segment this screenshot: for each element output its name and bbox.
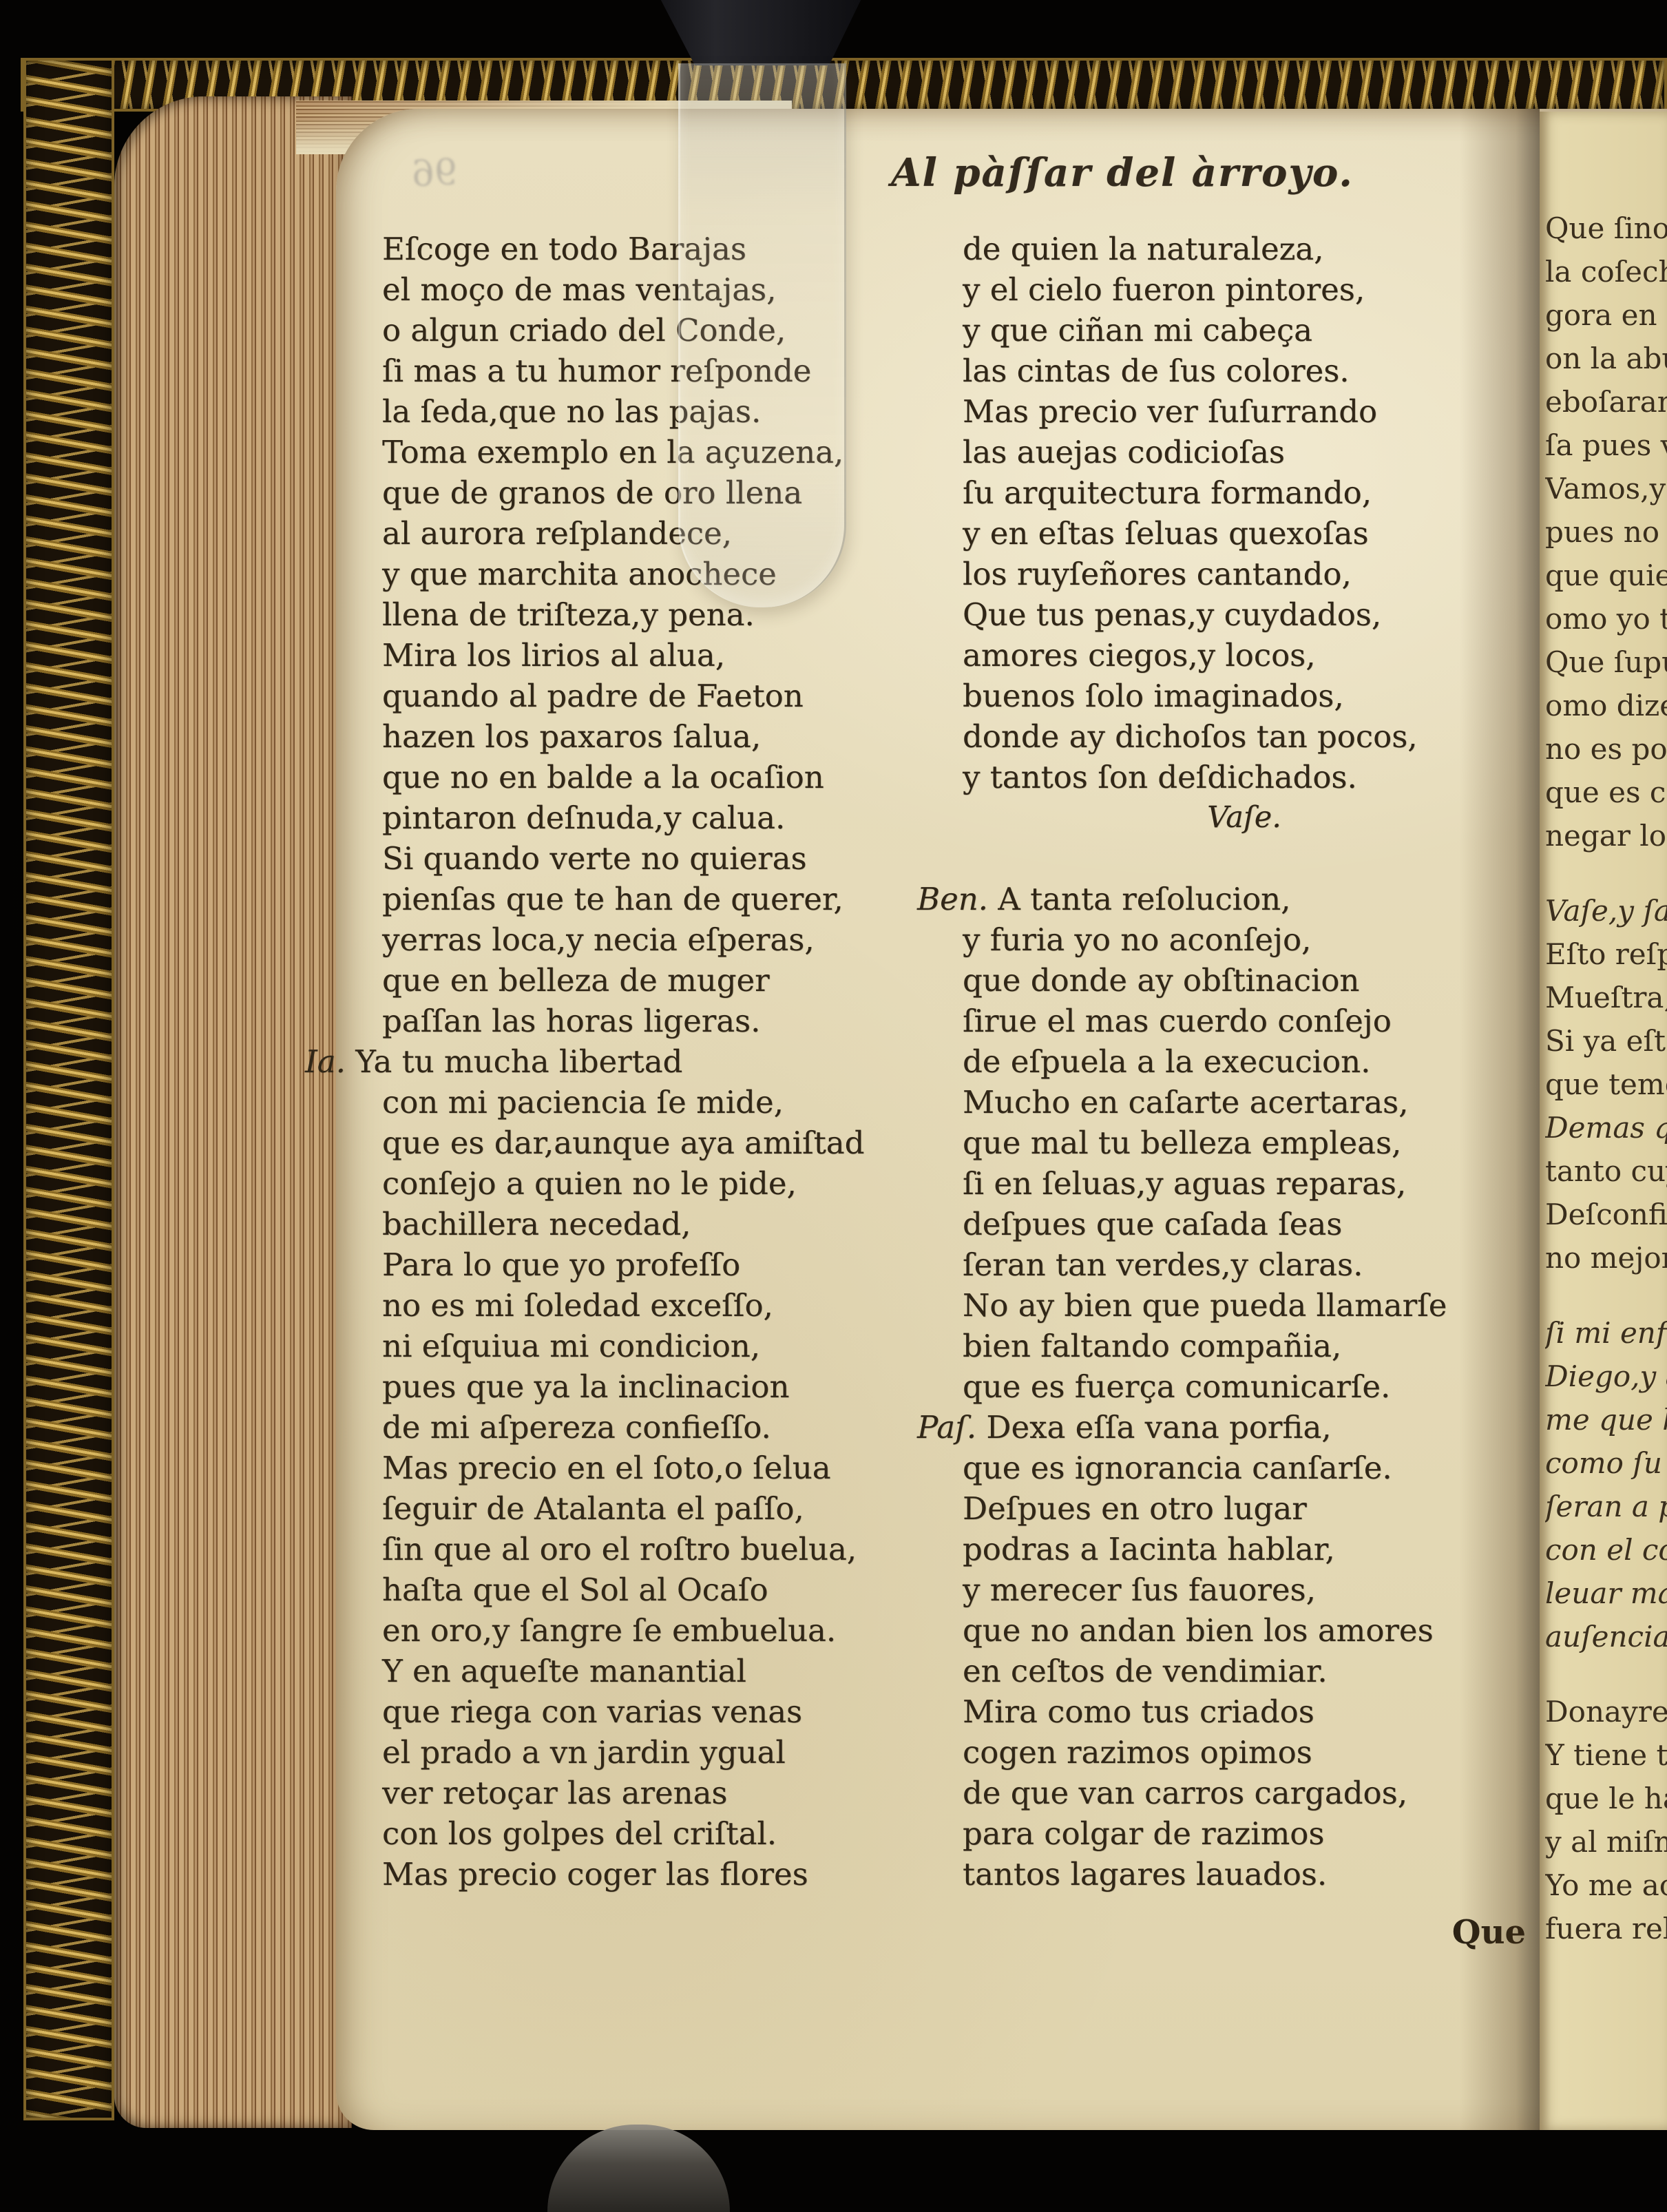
verse-text: paſſan las horas ligeras. [382, 1003, 760, 1039]
verse-line: Y en aqueſte manantial [382, 1651, 926, 1691]
facing-leaf-line: la coſecha deſt [1545, 250, 1667, 293]
facing-leaf-line: Que ſupueſto q [1545, 640, 1667, 684]
speaker-label: Ben. [917, 881, 998, 917]
facing-leaf-line: Yo me acuerd [1545, 1864, 1667, 1907]
verse-line: que donde ay obſtinacion [963, 960, 1526, 1001]
verse-text: con mi paciencia ſe mide, [382, 1084, 784, 1120]
verse-text: No ay bien que pueda llamarſe [963, 1287, 1447, 1324]
verse-line: llena de triſteza,y pena. [382, 594, 926, 635]
verse-text: Si quando verte no quieras [382, 840, 807, 877]
verse-text: deſpues que caſada ſeas [963, 1206, 1342, 1242]
facing-leaf-line: Diego,y aſsi me p [1545, 1355, 1667, 1398]
verse-text: tantos lagares lauados. [963, 1856, 1327, 1892]
facing-leaf-line: que temes que v [1545, 1063, 1667, 1106]
verse-line: y merecer ſus fauores, [963, 1569, 1526, 1610]
verse-line: en oro,y ſangre ſe embuelua. [382, 1610, 926, 1651]
page-clamp-top-strap [678, 63, 846, 607]
verse-text: de quien la naturaleza, [963, 231, 1323, 267]
verse-line: de que van carros cargados, [963, 1773, 1526, 1813]
page-clamp-top-head [647, 0, 874, 65]
verse-line: conſejo a quien no le pide, [382, 1163, 926, 1204]
facing-leaf-line: Que ſino fue c [1545, 207, 1667, 250]
facing-leaf-line-text: Diego,y aſsi me p [1545, 1359, 1667, 1393]
facing-leaf-line-text: Eſto reſponde [1545, 937, 1667, 971]
verse-line: Ia. Ya tu mucha libertad [382, 1041, 926, 1082]
verse-text: haſta que el Sol al Ocaſo [382, 1572, 768, 1608]
verse-line: Mas precio en el ſoto,o ſelua [382, 1448, 926, 1488]
verse-text: que es fuerça comunicarſe. [963, 1368, 1390, 1405]
verse-line: Paſ. Dexa eſſa vana porfia, [963, 1407, 1526, 1448]
facing-leaf-line: gora en toda E [1545, 293, 1667, 337]
verse-text: pues que ya la inclinacion [382, 1368, 789, 1405]
verse-line: de quien la naturaleza, [963, 229, 1526, 269]
page-number-showthrough: 96 [410, 152, 458, 195]
verse-line: y que ciñan mi cabeça [963, 310, 1526, 351]
facing-leaf-line-text: no es poſsible q [1545, 732, 1667, 766]
facing-leaf-line-text: Y tiene tanto d [1545, 1738, 1667, 1772]
verse-text: Mucho en caſarte acertaras, [963, 1084, 1408, 1120]
verse-line: pienſas que te han de querer, [382, 879, 926, 919]
verse-line: que mal tu belleza empleas, [963, 1123, 1526, 1163]
verse-text: ſin que al oro el roſtro buelua, [382, 1531, 857, 1567]
facing-leaf-line-text: Demas que ya ſ [1545, 1111, 1667, 1145]
facing-leaf-line-text: Vamos,y ple [1545, 472, 1667, 505]
verse-text: Mas precio en el ſoto,o ſelua [382, 1450, 831, 1486]
verse-text: de mi aſpereza confieſſo. [382, 1409, 771, 1446]
verse-text: de eſpuela a la execucion. [963, 1043, 1370, 1080]
verse-line: Que tus penas,y cuydados, [963, 594, 1526, 635]
verse-text: Mas precio coger las flores [382, 1856, 808, 1892]
verse-line: y tantos ſon deſdichados. [963, 757, 1526, 797]
facing-leaf-line-text: que temes que v [1545, 1067, 1667, 1101]
verse-line: yerras loca,y necia eſperas, [382, 919, 926, 960]
verse-line: cogen razimos opimos [963, 1732, 1526, 1773]
verse-line: en ceſtos de vendimiar. [963, 1651, 1526, 1691]
facing-leaf-line-text: me que huuier a [1545, 1403, 1667, 1437]
facing-leaf-line-text: con el coche po [1545, 1533, 1667, 1567]
verse-text: con los golpes del criſtal. [382, 1815, 777, 1852]
verse-text: y el cielo fueron pintores, [963, 271, 1365, 308]
verse-text: ver retoçar las arenas [382, 1775, 728, 1811]
verse-text: ſirue el mas cuerdo conſejo [963, 1003, 1392, 1039]
verse-text: pintaron deſnuda,y calua. [382, 800, 785, 836]
verse-text: Mas precio ver ſuſurrando [963, 393, 1377, 430]
verse-text: Mira como tus criados [963, 1693, 1314, 1730]
verse-line: ſi en ſeluas,y aguas reparas, [963, 1163, 1526, 1204]
verse-text: pienſas que te han de querer, [382, 881, 843, 917]
verse-text: en ceſtos de vendimiar. [963, 1653, 1328, 1689]
verse-text: no es mi ſoledad exceſſo, [382, 1287, 773, 1324]
verse-line: ſin que al oro el roſtro buelua, [382, 1529, 926, 1569]
page-fore-edges-left [114, 96, 352, 2128]
verse-line: Si quando verte no quieras [382, 838, 926, 879]
facing-leaf-line-text: Si ya eſtas deſ [1545, 1024, 1667, 1058]
facing-leaf-line: Eſto reſponde [1545, 932, 1667, 976]
verse-line: que es fuerça comunicarſe. [963, 1366, 1526, 1407]
verse-line: no es mi ſoledad exceſſo, [382, 1285, 926, 1326]
verse-line [963, 838, 1526, 879]
verse-line: bachillera necedad, [382, 1204, 926, 1244]
facing-leaf-line-text: que es condicio [1545, 775, 1667, 809]
verse-line: Deſpues en otro lugar [963, 1488, 1526, 1529]
verse-text: ſeran tan verdes,y claras. [963, 1246, 1363, 1283]
facing-leaf-line: como ſu trato e [1545, 1441, 1667, 1485]
facing-leaf-line-text: leuar mas preſe [1545, 1576, 1667, 1610]
verse-line: pintaron deſnuda,y calua. [382, 797, 926, 838]
verse-line: los ruyſeñores cantando, [963, 554, 1526, 594]
verse-text: donde ay dichoſos tan pocos, [963, 718, 1418, 755]
verse-text: A tanta reſolucion, [998, 881, 1290, 917]
facing-leaf-line-text: ſa pues vamos [1545, 428, 1667, 462]
verse-line: Ben. A tanta reſolucion, [963, 879, 1526, 919]
facing-leaf-line: pues no te due [1545, 510, 1667, 554]
verse-line: paſſan las horas ligeras. [382, 1001, 926, 1041]
verse-line: ver retoçar las arenas [382, 1773, 926, 1813]
verse-text: podras a Iacinta hablar, [963, 1531, 1335, 1567]
verse-text: que no en balde a la ocaſion [382, 759, 824, 795]
verse-text: yerras loca,y necia eſperas, [382, 921, 815, 958]
facing-leaf-line-text: tanto cuydado, [1545, 1154, 1667, 1188]
verse-text: bachillera necedad, [382, 1206, 691, 1242]
facing-leaf-line: eboſaran las ti [1545, 380, 1667, 424]
verse-text: Dexa eſſa vana porfia, [986, 1409, 1331, 1446]
facing-leaf-line: no mejoran los [1545, 1236, 1667, 1280]
facing-leaf-line: ſi mi enfermedad h [1545, 1311, 1667, 1355]
verse-line: que no andan bien los amores [963, 1610, 1526, 1651]
verse-line: Para lo que yo profeſſo [382, 1244, 926, 1285]
verse-text: llena de triſteza,y pena. [382, 596, 755, 633]
facing-leaf-line: que quieras cor [1545, 554, 1667, 597]
facing-leaf-line-text: Que ſino fue c [1545, 211, 1667, 245]
verse-text: amores ciegos,y locos, [963, 637, 1316, 674]
facing-leaf-line: omo dizes no [1545, 684, 1667, 727]
facing-leaf-line: me que huuier a [1545, 1398, 1667, 1441]
facing-leaf-line-text: omo yo tengo [1545, 602, 1667, 636]
verse-text: y merecer ſus fauores, [963, 1572, 1316, 1608]
verse-text: Deſpues en otro lugar [963, 1490, 1307, 1527]
verse-text: ſeguir de Atalanta el paſſo, [382, 1490, 804, 1527]
verse-line: No ay bien que pueda llamarſe [963, 1285, 1526, 1326]
verse-text: y tantos ſon deſdichados. [963, 759, 1357, 795]
facing-leaf-line-text: como ſu trato e [1545, 1446, 1667, 1480]
verse-text: que es ignorancia canſarſe. [963, 1450, 1392, 1486]
verse-line: Mas precio coger las flores [382, 1854, 926, 1895]
facing-leaf-line-text: Vaſe,y ſalen Li [1545, 894, 1667, 928]
facing-leaf-line [1545, 1658, 1667, 1690]
facing-leaf-line-text: fuera reliquias [1545, 1912, 1667, 1945]
verse-text: las cintas de ſus colores. [963, 353, 1350, 389]
verse-line: Vaſe. [963, 797, 1526, 838]
verse-line: las auejas codicioſas [963, 432, 1526, 472]
verse-line: donde ay dichoſos tan pocos, [963, 716, 1526, 757]
facing-leaf-line: omo yo tengo [1545, 597, 1667, 640]
gutter-crease-shadow [1460, 109, 1540, 2130]
verse-text: Y en aqueſte manantial [382, 1653, 746, 1689]
verse-text: para colgar de razimos [963, 1815, 1324, 1852]
book-photograph: 96 Al pàſſar del àrroyo. Eſcoge en todo … [0, 0, 1667, 2212]
verse-line: que es ignorancia canſarſe. [963, 1448, 1526, 1488]
facing-leaf-line: y al miſmo due [1545, 1820, 1667, 1864]
verse-text: que mal tu belleza empleas, [963, 1125, 1401, 1161]
speaker-label: Ia. [305, 1043, 355, 1080]
verse-text: buenos ſolo imaginados, [963, 678, 1344, 714]
verse-text: ſi en ſeluas,y aguas reparas, [963, 1165, 1406, 1202]
gilt-binding-border-left [23, 58, 114, 2120]
verse-line: pues que ya la inclinacion [382, 1366, 926, 1407]
facing-leaf-line: Donayre tiene [1545, 1690, 1667, 1733]
verse-text: de que van carros cargados, [963, 1775, 1407, 1811]
verse-line: amores ciegos,y locos, [963, 635, 1526, 676]
verse-line: tantos lagares lauados. [963, 1854, 1526, 1895]
verse-text: ni eſquiua mi condicion, [382, 1328, 760, 1364]
facing-leaf-line: on la abundan [1545, 337, 1667, 380]
facing-leaf-line-text: Yo me acuerd [1545, 1868, 1667, 1902]
verse-text: ſu arquitectura formando, [963, 474, 1372, 511]
verse-text: Mira los lirios al alua, [382, 637, 725, 674]
verse-line: Mas precio ver ſuſurrando [963, 391, 1526, 432]
verse-text: el prado a vn jardin ygual [382, 1734, 786, 1771]
verse-line: ni eſquiua mi condicion, [382, 1326, 926, 1366]
facing-leaf-line-text: on la abundan [1545, 342, 1667, 375]
verse-line: haſta que el Sol al Ocaſo [382, 1569, 926, 1610]
verse-line: con mi paciencia ſe mide, [382, 1082, 926, 1123]
verse-text: los ruyſeñores cantando, [963, 556, 1352, 592]
facing-leaf-line: que es condicio [1545, 771, 1667, 814]
verse-line: de mi aſpereza confieſſo. [382, 1407, 926, 1448]
facing-leaf-line-text: omo dizes no [1545, 689, 1667, 722]
verse-line: y el cielo fueron pintores, [963, 269, 1526, 310]
verse-line: buenos ſolo imaginados, [963, 676, 1526, 716]
facing-leaf-line-text: y al miſmo due [1545, 1825, 1667, 1859]
verse-line: ſeguir de Atalanta el paſſo, [382, 1488, 926, 1529]
facing-leaf-line: ſa pues vamos [1545, 424, 1667, 467]
facing-leaf-line-text: Mueſtra,que [1545, 981, 1667, 1014]
verse-line: hazen los paxaros ſalua, [382, 716, 926, 757]
facing-leaf-line: negar lo que m [1545, 814, 1667, 857]
verse-text: y en eſtas ſeluas quexoſas [963, 515, 1369, 552]
facing-leaf-line: Y tiene tanto d [1545, 1733, 1667, 1777]
verse-text: y furia yo no aconſejo, [963, 921, 1311, 958]
facing-leaf-line: que le ha de lle [1545, 1777, 1667, 1820]
verse-line: y que marchita anochece [382, 554, 926, 594]
facing-leaf-line: no es poſsible q [1545, 727, 1667, 771]
verse-line: que en belleza de muger [382, 960, 926, 1001]
verse-line: el prado a vn jardin ygual [382, 1732, 926, 1773]
verse-line: que riega con varias venas [382, 1691, 926, 1732]
verse-line: deſpues que caſada ſeas [963, 1204, 1526, 1244]
facing-leaf-line-text: eboſaran las ti [1545, 385, 1667, 419]
verse-text: y que ciñan mi cabeça [963, 312, 1312, 348]
facing-leaf-line: tanto cuydado, [1545, 1149, 1667, 1193]
verse-line: ſeran tan verdes,y claras. [963, 1244, 1526, 1285]
verse-line: podras a Iacinta hablar, [963, 1529, 1526, 1569]
verse-line: de eſpuela a la execucion. [963, 1041, 1526, 1082]
verse-line: que es dar,aunque aya amiſtad [382, 1123, 926, 1163]
facing-leaf-line [1545, 857, 1667, 889]
facing-leaf-line-text: no mejoran los [1545, 1241, 1667, 1275]
facing-leaf-line-text: negar lo que m [1545, 819, 1667, 853]
verse-text: cogen razimos opimos [963, 1734, 1312, 1771]
facing-leaf-line-text: que quieras cor [1545, 559, 1667, 592]
facing-leaf-line-text: pues no te due [1545, 515, 1667, 549]
page-clamp-bottom [547, 2125, 730, 2212]
verse-text: que riega con varias venas [382, 1693, 802, 1730]
facing-leaf-line-text: ſi mi enfermedad h [1545, 1316, 1667, 1350]
verse-line: las cintas de ſus colores. [963, 351, 1526, 391]
verse-text: que en belleza de muger [382, 962, 770, 999]
facing-leaf-line-text: gora en toda E [1545, 298, 1667, 332]
verse-text: Ya tu mucha libertad [355, 1043, 682, 1080]
verse-line: que no en balde a la ocaſion [382, 757, 926, 797]
verse-line: y furia yo no aconſejo, [963, 919, 1526, 960]
verse-text: en oro,y ſangre ſe embuelua. [382, 1612, 836, 1649]
facing-leaf-line: auſencia. [1545, 1615, 1667, 1658]
verse-text: que es dar,aunque aya amiſtad [382, 1125, 864, 1161]
verse-text: que no andan bien los amores [963, 1612, 1434, 1649]
verse-line: quando al padre de Faeton [382, 676, 926, 716]
verse-line: con los golpes del criſtal. [382, 1813, 926, 1854]
verse-text: Que tus penas,y cuydados, [963, 596, 1381, 633]
verse-line: Mira como tus criados [963, 1691, 1526, 1732]
verse-text: bien faltando compañia, [963, 1328, 1341, 1364]
verse-text: las auejas codicioſas [963, 434, 1285, 470]
facing-leaf-line: Deſconfianças [1545, 1193, 1667, 1236]
speaker-label: Paſ. [917, 1409, 986, 1446]
facing-leaf-line-text: la coſecha deſt [1545, 255, 1667, 289]
verse-line: para colgar de razimos [963, 1813, 1526, 1854]
facing-leaf-line-text: Que ſupueſto q [1545, 645, 1667, 679]
verse-text: que donde ay obſtinacion [963, 962, 1359, 999]
verse-line: y en eſtas ſeluas quexoſas [963, 513, 1526, 554]
verse-line: ſirue el mas cuerdo conſejo [963, 1001, 1526, 1041]
facing-leaf-line: Vaſe,y ſalen Li [1545, 889, 1667, 932]
facing-leaf-line-text: Donayre tiene [1545, 1695, 1667, 1729]
verse-text: Vaſe. [1207, 800, 1281, 835]
facing-leaf-line-text: Deſconfianças [1545, 1198, 1667, 1231]
facing-leaf-line-text: que le ha de lle [1545, 1782, 1667, 1815]
verse-text: Para lo que yo profeſſo [382, 1246, 740, 1283]
facing-leaf-line: con el coche po [1545, 1528, 1667, 1572]
facing-leaf-line [1545, 1280, 1667, 1311]
verse-line: ſu arquitectura formando, [963, 472, 1526, 513]
verse-column-right: de quien la naturaleza,y el cielo fueron… [963, 229, 1526, 1895]
facing-leaf-line: Demas que ya ſ [1545, 1106, 1667, 1149]
verse-line: Mucho en caſarte acertaras, [963, 1082, 1526, 1123]
verse-text: conſejo a quien no le pide, [382, 1165, 797, 1202]
facing-leaf-line: Si ya eſtas deſ [1545, 1019, 1667, 1063]
facing-leaf-line: leuar mas preſe [1545, 1572, 1667, 1615]
verse-text: quando al padre de Faeton [382, 678, 804, 714]
facing-leaf-line: Vamos,y ple [1545, 467, 1667, 510]
verse-text: hazen los paxaros ſalua, [382, 718, 761, 755]
verse-line: Mira los lirios al alua, [382, 635, 926, 676]
facing-leaf-line-text: ſeran a propoſit [1545, 1490, 1667, 1523]
facing-leaf-line: fuera reliquias [1545, 1907, 1667, 1950]
facing-leaf-line: Mueſtra,que [1545, 976, 1667, 1019]
facing-leaf-line-text: auſencia. [1545, 1620, 1667, 1653]
facing-leaf-line: ſeran a propoſit [1545, 1485, 1667, 1528]
facing-leaf-text: Que ſino fue cla coſecha deſtgora en tod… [1545, 207, 1667, 2066]
verse-line: bien faltando compañia, [963, 1326, 1526, 1366]
